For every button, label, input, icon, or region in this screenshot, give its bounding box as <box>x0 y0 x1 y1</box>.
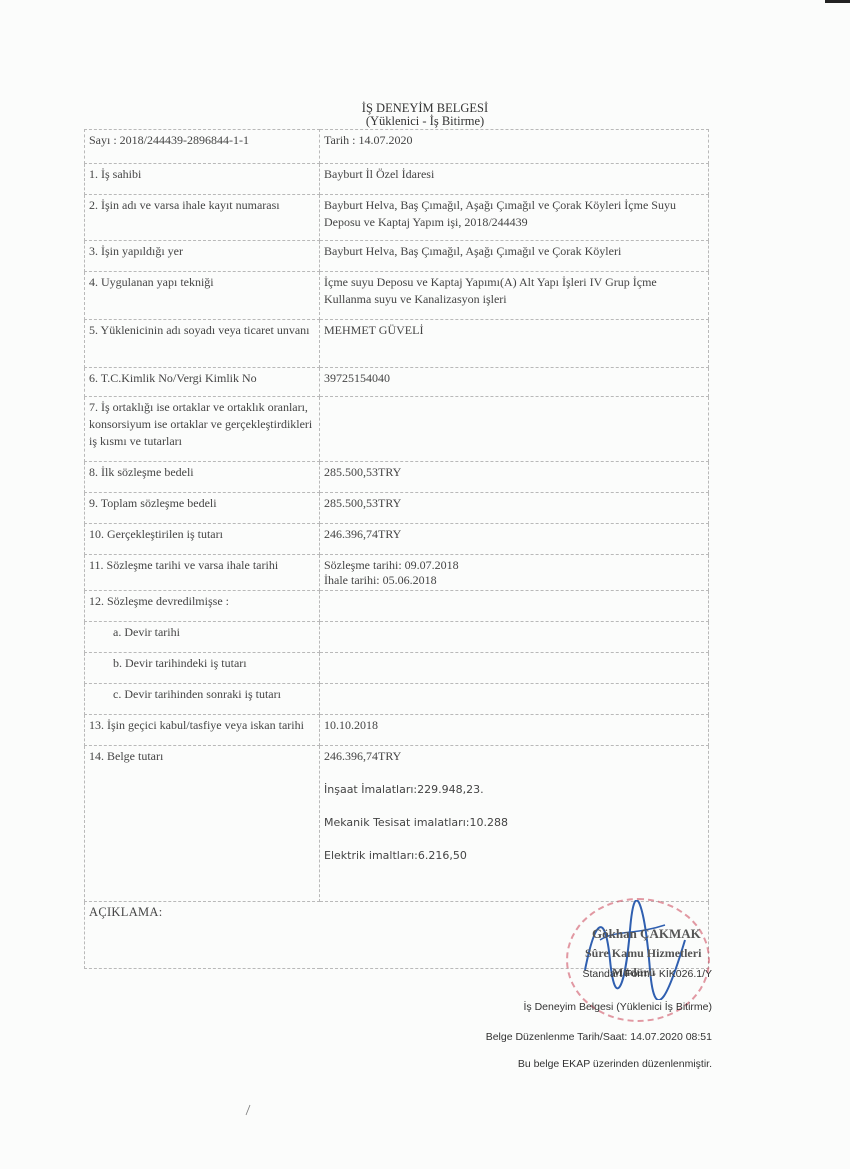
row-value <box>320 397 709 462</box>
breakdown-mechanical: Mekanik Tesisat imalatları:10.288 <box>324 814 704 831</box>
row-value: 10.10.2018 <box>320 715 709 746</box>
table-row: 6. T.C.Kimlik No/Vergi Kimlik No 3972515… <box>85 368 709 397</box>
table-row: 14. Belge tutarı 246.396,74TRY İnşaat İm… <box>85 746 709 902</box>
breakdown-electrical: Elektrik imaltları:6.216,50 <box>324 847 704 864</box>
row-label: a. Devir tarihi <box>85 622 320 653</box>
tender-date: İhale tarihi: 05.06.2018 <box>324 574 704 586</box>
table-row: 1. İş sahibi Bayburt İl Özel İdaresi <box>85 164 709 195</box>
pen-mark-icon <box>245 1104 251 1116</box>
signatory-name: Gökhan ÇAKMAK <box>592 926 701 942</box>
sayi-cell: Sayı : 2018/244439-2896844-1-1 <box>85 130 320 164</box>
table-row: 4. Uygulanan yapı tekniği İçme suyu Depo… <box>85 272 709 320</box>
row-label: 5. Yüklenicinin adı soyadı veya ticaret … <box>85 320 320 368</box>
table-row: c. Devir tarihinden sonraki iş tutarı <box>85 684 709 715</box>
row-value: İçme suyu Deposu ve Kaptaj Yapımı(A) Alt… <box>320 272 709 320</box>
row-label: 7. İş ortaklığı ise ortaklar ve ortaklık… <box>85 397 320 462</box>
row-label: 6. T.C.Kimlik No/Vergi Kimlik No <box>85 368 320 397</box>
table-row: a. Devir tarihi <box>85 622 709 653</box>
table-row: 9. Toplam sözleşme bedeli 285.500,53TRY <box>85 493 709 524</box>
row-label: b. Devir tarihindeki iş tutarı <box>85 653 320 684</box>
row-value <box>320 591 709 622</box>
row-value: 285.500,53TRY <box>320 493 709 524</box>
tarih-cell: Tarih : 14.07.2020 <box>320 130 709 164</box>
row-label: 8. İlk sözleşme bedeli <box>85 462 320 493</box>
ekap-note: Bu belge EKAP üzerinden düzenlenmiştir. <box>518 1058 712 1070</box>
contract-date: Sözleşme tarihi: 09.07.2018 <box>324 557 704 574</box>
table-row: 12. Sözleşme devredilmişse : <box>85 591 709 622</box>
row-value: 246.396,74TRY İnşaat İmalatları:229.948,… <box>320 746 709 902</box>
table-row: Sayı : 2018/244439-2896844-1-1 Tarih : 1… <box>85 130 709 164</box>
row-value: Bayburt İl Özel İdaresi <box>320 164 709 195</box>
belge-total: 246.396,74TRY <box>324 748 704 765</box>
row-value <box>320 653 709 684</box>
row-label: 13. İşin geçici kabul/tasfiye veya iskan… <box>85 715 320 746</box>
row-label: 3. İşin yapıldığı yer <box>85 241 320 272</box>
row-value: Bayburt Helva, Baş Çımağıl, Aşağı Çımağı… <box>320 195 709 241</box>
row-label: 1. İş sahibi <box>85 164 320 195</box>
table-row: 11. Sözleşme tarihi ve varsa ihale tarih… <box>85 555 709 591</box>
row-value: 246.396,74TRY <box>320 524 709 555</box>
form-code: Standart Form - KİK026.1/Y <box>582 968 712 980</box>
form-name: İş Deneyim Belgesi (Yüklenici İş Bitirme… <box>524 1001 712 1013</box>
row-label: 11. Sözleşme tarihi ve varsa ihale tarih… <box>85 555 320 591</box>
table-row: 3. İşin yapıldığı yer Bayburt Helva, Baş… <box>85 241 709 272</box>
row-value: 285.500,53TRY <box>320 462 709 493</box>
document-header: İŞ DENEYİM BELGESİ (Yüklenici - İş Bitir… <box>0 102 850 128</box>
row-value: Sözleşme tarihi: 09.07.2018 İhale tarihi… <box>320 555 709 591</box>
table-row: 7. İş ortaklığı ise ortaklar ve ortaklık… <box>85 397 709 462</box>
table-row: b. Devir tarihindeki iş tutarı <box>85 653 709 684</box>
row-value: 39725154040 <box>320 368 709 397</box>
table-row: 8. İlk sözleşme bedeli 285.500,53TRY <box>85 462 709 493</box>
table-row: 2. İşin adı ve varsa ihale kayıt numaras… <box>85 195 709 241</box>
row-value <box>320 622 709 653</box>
row-label: 14. Belge tutarı <box>85 746 320 902</box>
certificate-table: Sayı : 2018/244439-2896844-1-1 Tarih : 1… <box>84 129 709 969</box>
table-row: 5. Yüklenicinin adı soyadı veya ticaret … <box>85 320 709 368</box>
issue-datetime: Belge Düzenlenme Tarih/Saat: 14.07.2020 … <box>486 1031 712 1043</box>
table-row: 13. İşin geçici kabul/tasfiye veya iskan… <box>85 715 709 746</box>
row-label: 12. Sözleşme devredilmişse : <box>85 591 320 622</box>
row-label: 9. Toplam sözleşme bedeli <box>85 493 320 524</box>
table-row: 10. Gerçekleştirilen iş tutarı 246.396,7… <box>85 524 709 555</box>
row-value: Bayburt Helva, Baş Çımağıl, Aşağı Çımağı… <box>320 241 709 272</box>
breakdown-construction: İnşaat İmalatları:229.948,23. <box>324 781 704 798</box>
row-label: 2. İşin adı ve varsa ihale kayıt numaras… <box>85 195 320 241</box>
row-label: c. Devir tarihinden sonraki iş tutarı <box>85 684 320 715</box>
aciklama-label: AÇIKLAMA: <box>89 905 163 919</box>
row-value: MEHMET GÜVELİ <box>320 320 709 368</box>
row-label: 10. Gerçekleştirilen iş tutarı <box>85 524 320 555</box>
document-subtitle: (Yüklenici - İş Bitirme) <box>0 115 850 128</box>
scan-edge <box>825 0 850 3</box>
row-label: 4. Uygulanan yapı tekniği <box>85 272 320 320</box>
signatory-title: Sûre Kamu Hizmetleri <box>585 946 701 961</box>
row-value <box>320 684 709 715</box>
